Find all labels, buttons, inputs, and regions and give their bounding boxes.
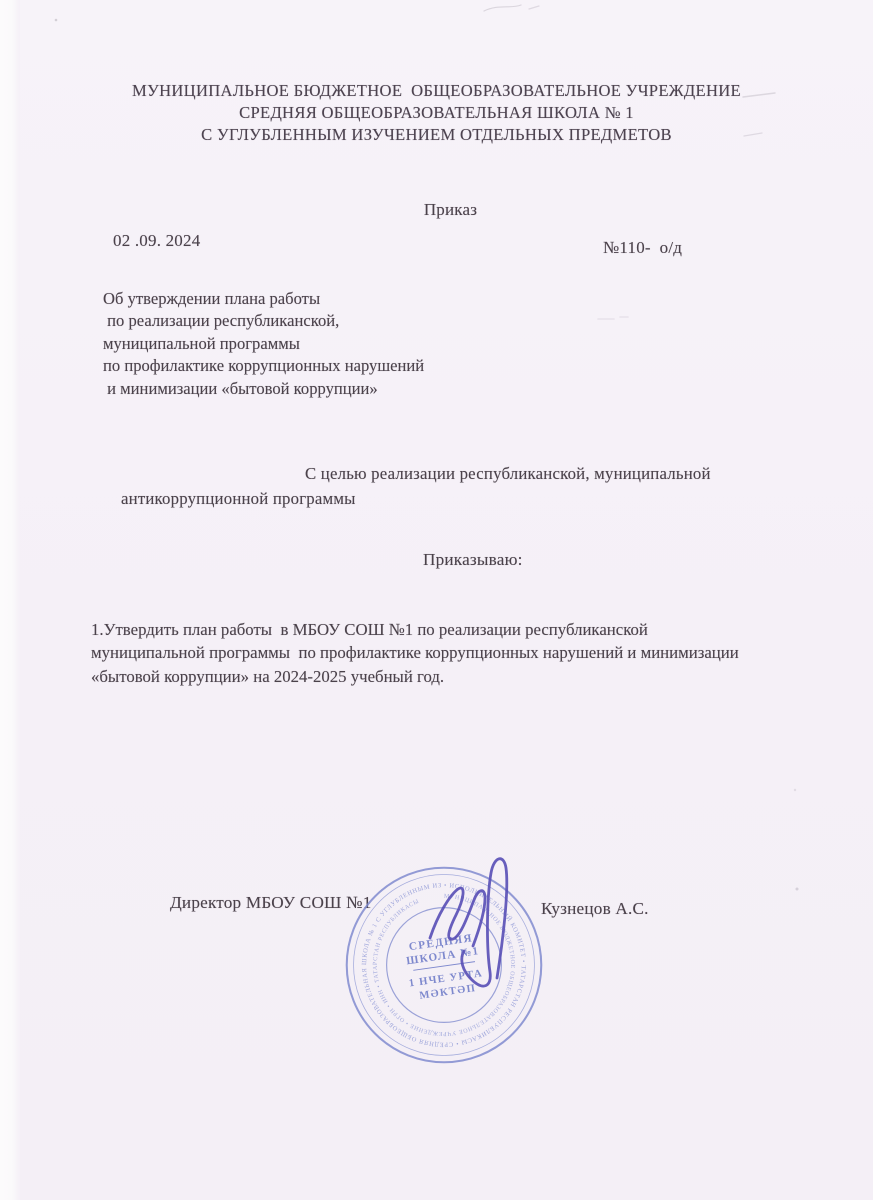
organization-header: МУНИЦИПАЛЬНОЕ БЮДЖЕТНОЕ ОБЩЕОБРАЗОВАТЕЛЬ…	[0, 80, 873, 146]
body-line: «бытовой коррупции» на 2024-2025 учебный…	[91, 665, 739, 688]
doc-type-title: Приказ	[0, 200, 873, 220]
subject-line: и минимизации «бытовой коррупции»	[103, 378, 424, 400]
scan-edge-strip	[0, 0, 20, 1200]
org-name-line2: СРЕДНЯЯ ОБЩЕОБРАЗОВАТЕЛЬНАЯ ШКОЛА № 1	[0, 102, 873, 124]
order-date: 02 .09. 2024	[113, 231, 200, 251]
preamble-line1: С целью реализации республиканской, муни…	[305, 464, 711, 484]
school-round-stamp-icon: • ИСПОЛНИТЕЛЬНЫЙ КОМИТЕТ • ТАТАРСТАН РЕС…	[337, 858, 551, 1072]
scan-artifact-speck	[55, 19, 58, 22]
order-number: №110- о/д	[603, 238, 682, 258]
stamp-second-circle	[354, 875, 535, 1056]
scan-artifact-speck	[796, 888, 799, 891]
order-subject-block: Об утверждении плана работы по реализаци…	[103, 288, 424, 400]
body-line: 1.Утвердить план работы в МБОУ СОШ №1 по…	[91, 618, 739, 641]
subject-line: по профилактике коррупционных нарушений	[103, 355, 424, 377]
preamble-line2: антикоррупционной программы	[121, 489, 356, 509]
org-name-line3: С УГЛУБЛЕННЫМ ИЗУЧЕНИЕМ ОТДЕЛЬНЫХ ПРЕДМЕ…	[0, 124, 873, 146]
stamp-inner-circle	[387, 908, 502, 1023]
scan-artifact-mark	[484, 5, 521, 11]
scan-artifact-ghost-print	[598, 317, 628, 319]
signer-name: Кузнецов А.С.	[541, 899, 649, 919]
subject-line: Об утверждении плана работы	[103, 288, 424, 310]
subject-line: по реализации республиканской,	[103, 310, 424, 332]
scanned-order-page: МУНИЦИПАЛЬНОЕ БЮДЖЕТНОЕ ОБЩЕОБРАЗОВАТЕЛЬ…	[0, 0, 873, 1200]
scan-artifact-speck	[794, 789, 796, 791]
scan-artifact-mark	[529, 6, 539, 9]
org-name-line1: МУНИЦИПАЛЬНОЕ БЮДЖЕТНОЕ ОБЩЕОБРАЗОВАТЕЛЬ…	[0, 80, 873, 102]
body-line: муниципальной программы по профилактике …	[91, 641, 739, 664]
stamp-ring-inner-textpath: МУНИЦИПАЛЬНОЕ БЮДЖЕТНОЕ ОБЩЕОБРАЗОВАТЕЛЬ…	[373, 894, 515, 1036]
stamp-center-text-group: СРЕДНЯЯ ШКОЛА №1 1 НЧЕ УРТА МӘКТӘП	[403, 932, 485, 1003]
subject-line: муниципальной программы	[103, 333, 424, 355]
decree-word: Приказываю:	[423, 550, 523, 570]
stamp-ring-inner-text: МУНИЦИПАЛЬНОЕ БЮДЖЕТНОЕ ОБЩЕОБРАЗОВАТЕЛЬ…	[373, 894, 515, 1036]
order-body-paragraph: 1.Утвердить план работы в МБОУ СОШ №1 по…	[91, 618, 739, 688]
